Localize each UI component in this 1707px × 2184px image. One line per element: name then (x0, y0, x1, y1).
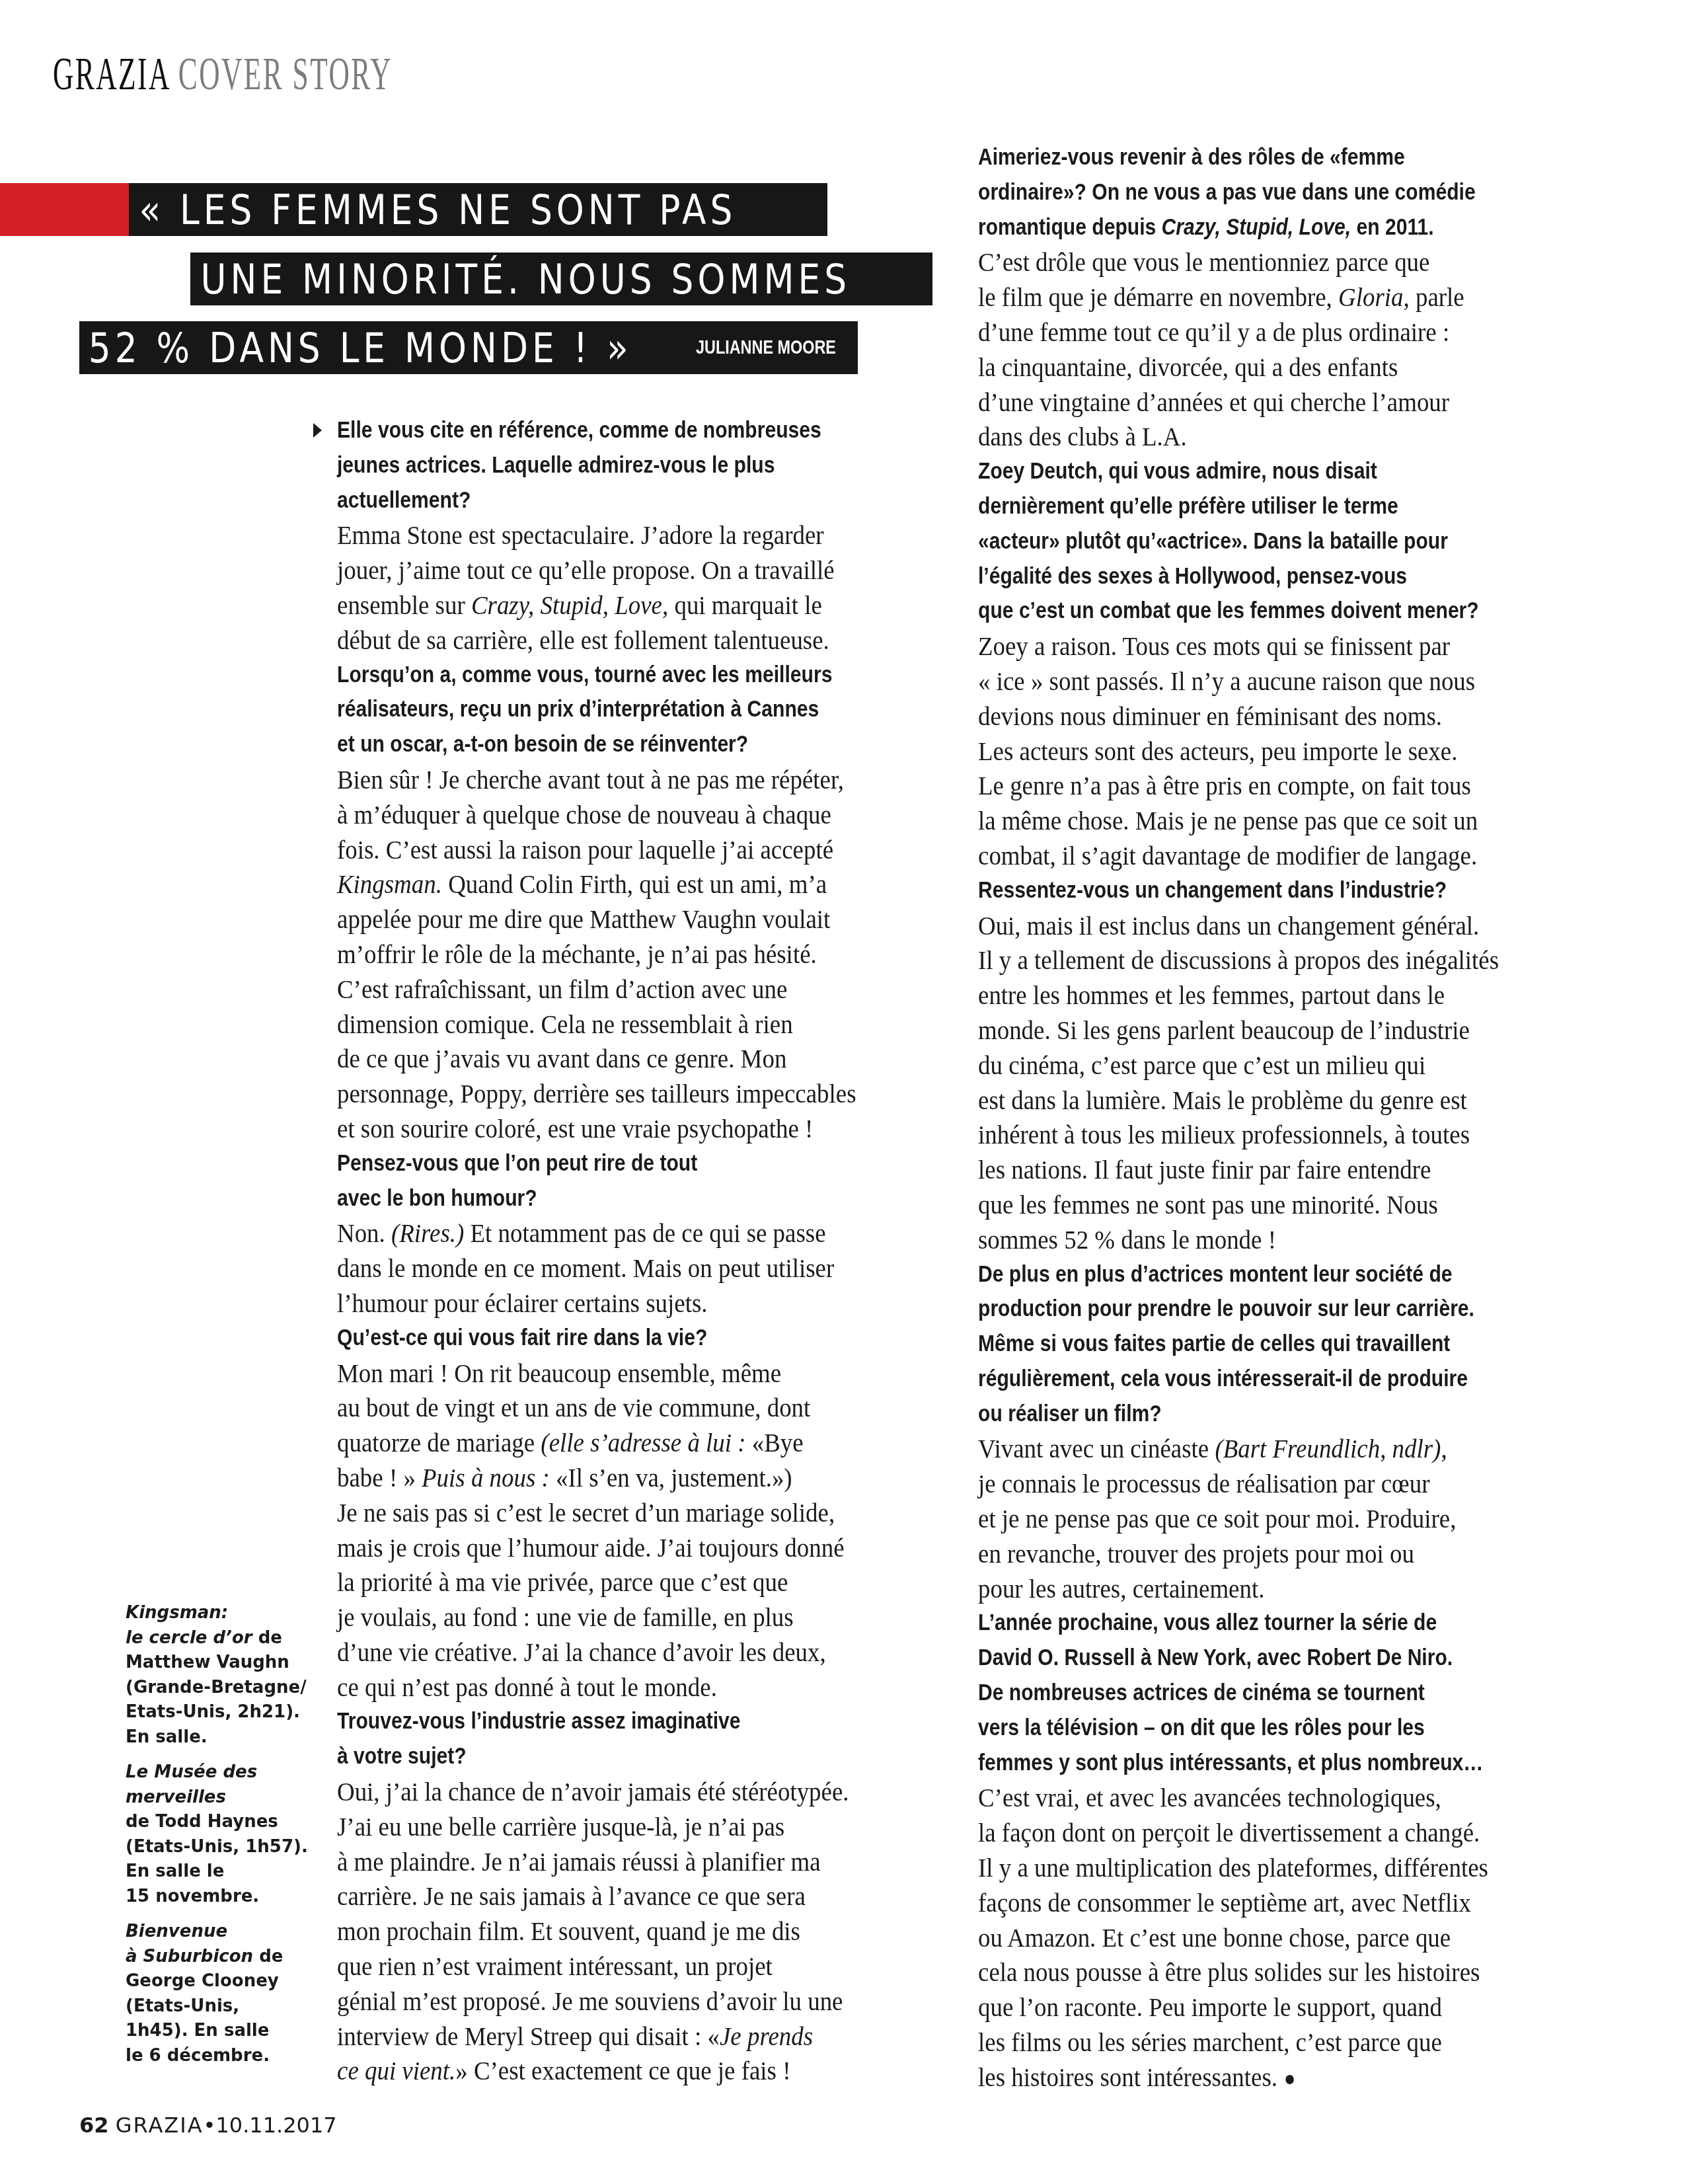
answer-line: cela nous pousse à être plus solides sur… (978, 1955, 1612, 1990)
question-line: romantique depuis Crazy, Stupid, Love, e… (978, 210, 1612, 245)
question-line: Ressentez-vous un changement dans l’indu… (978, 873, 1612, 908)
answer-line: Oui, mais il est inclus dans un changeme… (978, 908, 1612, 943)
answer-line: la façon dont on perçoit le divertisseme… (978, 1815, 1612, 1850)
answer-line: le film que je démarre en novembre, Glor… (978, 280, 1612, 315)
answer-line: l’humour pour éclairer certains sujets. (337, 1286, 952, 1321)
answer-line: carrière. Je ne sais jamais à l’avance c… (337, 1879, 952, 1914)
question-line: L’année prochaine, vous allez tourner la… (978, 1606, 1612, 1641)
answer-line: entre les hommes et les femmes, partout … (978, 978, 1612, 1013)
answer-line: m’offrir le rôle de la méchante, je n’ai… (337, 937, 952, 972)
footer-magazine: GRAZIA (116, 2113, 204, 2138)
question-line: Elle vous cite en référence, comme de no… (337, 413, 952, 448)
article-column-center: Elle vous cite en référence, comme de no… (337, 413, 952, 2088)
answer-line: mais je crois que l’humour aide. J’ai to… (337, 1530, 952, 1565)
question-line: Même si vous faites partie de celles qui… (978, 1327, 1612, 1362)
section-title: COVER STORY (178, 49, 393, 100)
section-header: GRAZIA COVER STORY (53, 52, 393, 98)
answer-line: jouer, j’aime tout ce qu’elle propose. O… (337, 553, 952, 588)
answer-line: la même chose. Mais je ne pense pas que … (978, 803, 1612, 838)
answer-line: au bout de vingt et un ans de vie commun… (337, 1390, 952, 1425)
question-line: l’égalité des sexes à Hollywood, pensez-… (978, 559, 1612, 594)
answer-line: interview de Meryl Streep qui disait : «… (337, 2019, 952, 2054)
film-caption: Le Musée desmerveillesde Todd Haynes(Eta… (126, 1760, 324, 1909)
answer-line: mon prochain film. Et souvent, quand je … (337, 1914, 952, 1949)
answer-line: ce qui vient.» C’est exactement ce que j… (337, 2053, 952, 2088)
answer-line: de ce que j’avais vu avant dans ce genre… (337, 1041, 952, 1076)
answer-line: J’ai eu une belle carrière jusque-là, je… (337, 1809, 952, 1844)
accent-red-block (0, 183, 129, 236)
answer-line: début de sa carrière, elle est follement… (337, 623, 952, 658)
answer-line: ensemble sur Crazy, Stupid, Love, qui ma… (337, 588, 952, 623)
answer-line: Mon mari ! On rit beaucoup ensemble, mêm… (337, 1356, 952, 1391)
answer-line: pour les autres, certainement. (978, 1571, 1612, 1606)
answer-line: je voulais, au fond : une vie de famille… (337, 1600, 952, 1635)
answer-line: Je ne sais pas si c’est le secret d’un m… (337, 1495, 952, 1530)
film-captions: Kingsman:le cercle d’or deMatthew Vaughn… (126, 1601, 324, 2079)
answer-line: que les femmes ne sont pas une minorité.… (978, 1187, 1612, 1222)
brand-name: GRAZIA (53, 49, 169, 100)
footer-separator: • (204, 2113, 216, 2138)
pull-quote-text: UNE MINORITÉ. NOUS SOMMES (190, 255, 851, 303)
answer-line: dans des clubs à L.A. (978, 419, 1612, 454)
answer-line: génial m’est proposé. Je me souviens d’a… (337, 1984, 952, 2019)
answer-line: Oui, j’ai la chance de n’avoir jamais ét… (337, 1774, 952, 1809)
question-line: réalisateurs, reçu un prix d’interprétat… (337, 692, 952, 727)
question-line: Pensez-vous que l’on peut rire de tout (337, 1146, 952, 1181)
answer-line: C’est drôle que vous le mentionniez parc… (978, 245, 1612, 280)
answer-line: Emma Stone est spectaculaire. J’adore la… (337, 518, 952, 553)
pull-quote-text: 52 % DANS LE MONDE ! » (79, 324, 632, 372)
question-line: De plus en plus d’actrices montent leur … (978, 1257, 1612, 1292)
answer-line: d’une vingtaine d’années et qui cherche … (978, 385, 1612, 420)
question-line: «acteur» plutôt qu’«actrice». Dans la ba… (978, 524, 1612, 559)
question-line: Trouvez-vous l’industrie assez imaginati… (337, 1704, 952, 1739)
answer-line: babe ! » Puis à nous : «Il s’en va, just… (337, 1460, 952, 1495)
page-number: 62 (79, 2113, 109, 2138)
question-line: David O. Russell à New York, avec Robert… (978, 1641, 1612, 1676)
answer-line: C’est rafraîchissant, un film d’action a… (337, 972, 952, 1007)
answer-line: en revanche, trouver des projets pour mo… (978, 1536, 1612, 1571)
answer-line: Zoey a raison. Tous ces mots qui se fini… (978, 629, 1612, 664)
answer-line: du cinéma, c’est parce que c’est un mili… (978, 1048, 1612, 1083)
answer-line: C’est vrai, et avec les avancées technol… (978, 1780, 1612, 1815)
answer-line: Le genre n’a pas à être pris en compte, … (978, 768, 1612, 803)
question-line: et un oscar, a-t-on besoin de se réinven… (337, 727, 952, 762)
answer-line: combat, il s’agit davantage de modifier … (978, 838, 1612, 873)
answer-line: personnage, Poppy, derrière ses tailleur… (337, 1076, 952, 1111)
question-line: femmes y sont plus intéressants, et plus… (978, 1746, 1612, 1781)
answer-line: Non. (Rires.) Et notamment pas de ce qui… (337, 1216, 952, 1251)
question-line: avec le bon humour? (337, 1181, 952, 1216)
answer-line: fois. C’est aussi la raison pour laquell… (337, 832, 952, 867)
answer-line: Vivant avec un cinéaste (Bart Freundlich… (978, 1431, 1612, 1466)
question-line: ou réaliser un film? (978, 1397, 1612, 1432)
answer-line: d’une vie créative. J’ai la chance d’avo… (337, 1635, 952, 1670)
answer-line: quatorze de mariage (elle s’adresse à lu… (337, 1425, 952, 1460)
answer-line: Il y a une multiplication des plateforme… (978, 1850, 1612, 1885)
answer-line: sommes 52 % dans le monde ! (978, 1222, 1612, 1257)
answer-line: « ice » sont passés. Il n’y a aucune rai… (978, 664, 1612, 699)
question-line: Aimeriez-vous revenir à des rôles de «fe… (978, 140, 1612, 175)
answer-line: je connais le processus de réalisation p… (978, 1466, 1612, 1501)
question-line: à votre sujet? (337, 1739, 952, 1774)
answer-line: Les acteurs sont des acteurs, peu import… (978, 734, 1612, 769)
question-line: De nombreuses actrices de cinéma se tour… (978, 1676, 1612, 1711)
answer-line: la priorité à ma vie privée, parce que c… (337, 1565, 952, 1600)
footer-date: 10.11.2017 (215, 2113, 336, 2138)
answer-line: inhérent à tous les milieux professionne… (978, 1117, 1612, 1152)
film-caption: Bienvenueà Suburbicon deGeorge Clooney(E… (126, 1920, 324, 2068)
answer-line: façons de consommer le septième art, ave… (978, 1885, 1612, 1920)
answer-line: Bien sûr ! Je cherche avant tout à ne pa… (337, 762, 952, 797)
film-caption: Kingsman:le cercle d’or deMatthew Vaughn… (126, 1601, 324, 1750)
pull-quote-line-3: 52 % DANS LE MONDE ! » JULIANNE MOORE (79, 321, 858, 374)
question-line: Zoey Deutch, qui vous admire, nous disai… (978, 454, 1612, 489)
question-line: production pour prendre le pouvoir sur l… (978, 1292, 1612, 1327)
question-line: que c’est un combat que les femmes doive… (978, 594, 1612, 629)
question-line: régulièrement, cela vous intéresserait-i… (978, 1362, 1612, 1397)
answer-line: devions nous diminuer en féminisant des … (978, 699, 1612, 734)
answer-line: à me plaindre. Je n’ai jamais réussi à p… (337, 1844, 952, 1879)
answer-line: à m’éduquer à quelque chose de nouveau à… (337, 797, 952, 832)
answer-line: et je ne pense pas que ce soit pour moi.… (978, 1501, 1612, 1536)
page-footer: 62 GRAZIA•10.11.2017 (79, 2113, 337, 2138)
question-line: Qu’est-ce qui vous fait rire dans la vie… (337, 1321, 952, 1356)
answer-line: dimension comique. Cela ne ressemblait à… (337, 1007, 952, 1042)
question-line: jeunes actrices. Laquelle admirez-vous l… (337, 448, 952, 483)
question-line: actuellement? (337, 483, 952, 518)
answer-line: et son sourire coloré, est une vraie psy… (337, 1111, 952, 1146)
answer-line: que l’on raconte. Peu importe le support… (978, 1990, 1612, 2025)
answer-line: est dans la lumière. Mais le problème du… (978, 1083, 1612, 1118)
pull-quote-text: « LES FEMMES NE SONT PAS (129, 186, 736, 234)
pull-quote-line-1: « LES FEMMES NE SONT PAS (129, 183, 827, 236)
answer-line: monde. Si les gens parlent beaucoup de l… (978, 1013, 1612, 1048)
question-line: vers la télévision – on dit que les rôle… (978, 1711, 1612, 1746)
answer-line: d’une femme tout ce qu’il y a de plus or… (978, 315, 1612, 350)
answer-line: les nations. Il faut juste finir par fai… (978, 1152, 1612, 1187)
answer-line: ce qui n’est pas donné à tout le monde. (337, 1670, 952, 1705)
answer-line: Il y a tellement de discussions à propos… (978, 943, 1612, 978)
answer-line: Kingsman. Quand Colin Firth, qui est un … (337, 867, 952, 902)
end-mark-icon (1286, 2075, 1295, 2084)
pull-quote-author: JULIANNE MOORE (696, 336, 836, 359)
answer-line: que rien n’est vraiment intéressant, un … (337, 1949, 952, 1984)
question-line: ordinaire»? On ne vous a pas vue dans un… (978, 175, 1612, 210)
article-column-right: Aimeriez-vous revenir à des rôles de «fe… (978, 140, 1612, 2095)
answer-line: appelée pour me dire que Matthew Vaughn … (337, 902, 952, 937)
triangle-bullet-icon (313, 423, 322, 438)
answer-line: dans le monde en ce moment. Mais on peut… (337, 1251, 952, 1286)
answer-line: les films ou les séries marchent, c’est … (978, 2025, 1612, 2060)
pull-quote-line-2: UNE MINORITÉ. NOUS SOMMES (190, 253, 932, 305)
question-line: dernièrement qu’elle préfère utiliser le… (978, 489, 1612, 524)
answer-line: ou Amazon. Et c’est une bonne chose, par… (978, 1920, 1612, 1955)
question-line: Lorsqu’on a, comme vous, tourné avec les… (337, 658, 952, 693)
answer-line: les histoires sont intéressantes. (978, 2060, 1612, 2095)
answer-line: la cinquantaine, divorcée, qui a des enf… (978, 350, 1612, 385)
